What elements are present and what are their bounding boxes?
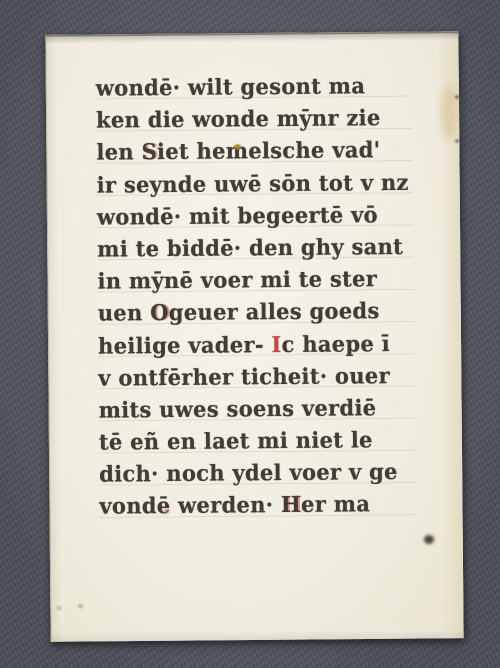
edge-speck-1 — [455, 95, 459, 99]
text-block: wondē· wilt gesont maken die wonde mȳnr … — [96, 70, 416, 523]
text-segment: uen — [98, 300, 151, 326]
text-segment: wondē· wilt gesont ma — [96, 73, 366, 101]
speck-bottom-left-1 — [78, 604, 83, 608]
manuscript-line: tē eñ en laet mi niet le — [99, 423, 415, 459]
text-segment: geuer alles goeds — [169, 298, 380, 326]
text-segment: er ma — [301, 491, 370, 518]
red-touched-initial: O — [150, 300, 169, 326]
text-segment: ken die wonde mȳnr zie — [96, 105, 381, 133]
manuscript-line: ir seynde uwē sōn tot v nz — [97, 166, 413, 202]
edge-speck-2 — [455, 139, 459, 143]
manuscript-line: vondē werden· Her ma — [99, 487, 415, 523]
text-segment: dich· noch ydel voer v ge — [99, 458, 398, 487]
stain-right-edge — [441, 84, 457, 139]
red-touched-initial: H — [281, 492, 301, 518]
manuscript-line: len Siet hemelsche vad' — [96, 133, 412, 169]
text-segment: ir seynde uwē sōn tot v nz — [97, 169, 409, 198]
manuscript-line: dich· noch ydel voer v ge — [99, 455, 415, 491]
text-segment: c haepe ī — [281, 330, 390, 357]
manuscript-line: v ontfērher ticheit· ouer — [98, 359, 414, 395]
text-segment: tē eñ en laet mi niet le — [99, 427, 373, 455]
text-segment: heilige vader- — [98, 331, 272, 359]
text-segment: mits uwes soens verdiē — [99, 394, 377, 422]
red-touched-initial: S — [141, 139, 157, 165]
text-segment: v ontfērher ticheit· ouer — [98, 362, 390, 391]
manuscript-line: wondē· wilt gesont ma — [96, 69, 412, 105]
manuscript-line: wondē· mit begeertē vō — [97, 198, 413, 234]
manuscript-line: ken die wonde mȳnr zie — [96, 101, 412, 137]
text-segment: vondē werden· — [99, 492, 281, 520]
rubricated-initial: I — [271, 331, 281, 357]
speck-bottom-left-2 — [57, 606, 61, 610]
text-segment: in mȳnē voer mi te ster — [97, 266, 377, 294]
speck-dark — [424, 535, 434, 544]
manuscript-line: in mȳnē voer mi te ster — [97, 262, 413, 298]
text-segment: wondē· mit begeertē vō — [97, 201, 378, 229]
text-segment: len — [96, 139, 141, 165]
photo-stage: wondē· wilt gesont maken die wonde mȳnr … — [0, 0, 500, 668]
manuscript-leaf: wondē· wilt gesont maken die wonde mȳnr … — [45, 31, 463, 642]
manuscript-line: heilige vader- Ic haepe ī — [98, 326, 414, 362]
text-segment: iet hemelsche vad' — [157, 137, 381, 165]
manuscript-line: uen Ogeuer alles goeds — [98, 294, 414, 330]
speck-pink — [163, 509, 169, 514]
speck-gold — [234, 144, 241, 150]
text-segment: mi te biddē· den ghy sant — [97, 233, 403, 262]
manuscript-line: mits uwes soens verdiē — [98, 391, 414, 427]
manuscript-line: mi te biddē· den ghy sant — [97, 230, 413, 266]
